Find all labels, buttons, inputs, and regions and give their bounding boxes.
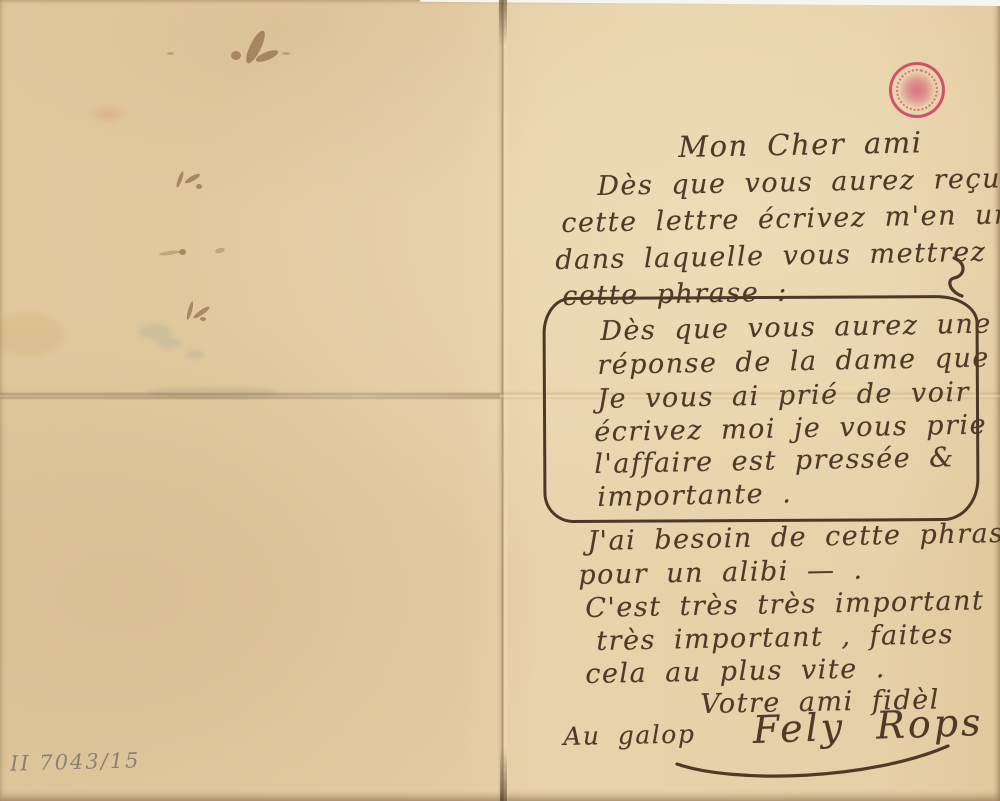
ink-smudge: [231, 51, 241, 60]
blue-stain: [186, 350, 204, 359]
ink-speck: [196, 184, 202, 189]
crease-smudge: [148, 387, 278, 398]
letter-line: pour un alibi — .: [578, 555, 864, 591]
ink-speck: [167, 52, 174, 55]
ink-speck: [200, 317, 206, 321]
blue-stain: [156, 337, 182, 349]
stamp-ink-offset: [80, 100, 136, 128]
scanned-letter-page: Mon Cher ami Dès que vous aurez reçu cet…: [0, 0, 1000, 801]
vertical-fold-crease: [497, 0, 509, 801]
vertical-fold-crease-bottom: [500, 748, 507, 801]
boxed-phrase-line: importante .: [597, 478, 793, 513]
ink-speck: [282, 52, 290, 55]
letter-salutation: Mon Cher ami: [678, 125, 923, 164]
letter-line: cela au plus vite .: [585, 653, 886, 690]
signature-flourish: [665, 738, 960, 790]
vertical-fold-crease-top: [499, 0, 507, 46]
inventory-number: II 7043/15: [10, 748, 141, 775]
ink-speck: [179, 249, 186, 255]
